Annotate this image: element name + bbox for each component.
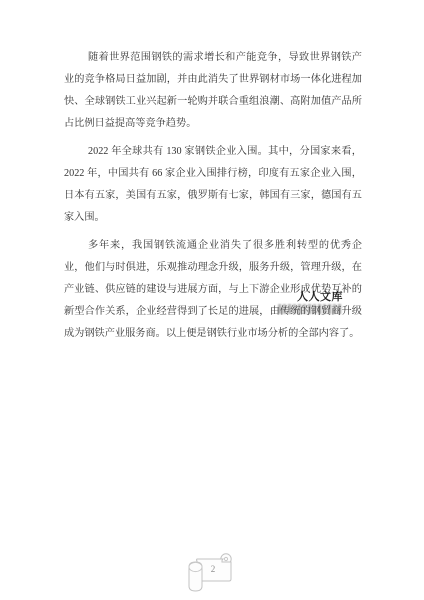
page-number: 2 (205, 564, 221, 574)
watermark-overlap-smudge (278, 304, 342, 314)
paragraph-steel-competition: 随着世界范围钢铁的需求增长和产能竞争，导致世界钢铁产业的竞争格局日益加剧，并由此… (64, 47, 362, 135)
document-page: 随着世界范围钢铁的需求增长和产能竞争，导致世界钢铁产业的竞争格局日益加剧，并由此… (0, 0, 424, 600)
watermark-text: 人人文库 (297, 291, 343, 303)
paragraph-2022-rankings: 2022 年全球共有 130 家钢铁企业入围。其中，分国家来看，2022 年，中… (64, 141, 362, 229)
paragraph-industry-upgrade: 多年来，我国钢铁流通企业消失了很多胜利转型的优秀企业，他们与时俱进，乐观推动理念… (64, 235, 362, 345)
page-footer: 2 (187, 550, 239, 596)
